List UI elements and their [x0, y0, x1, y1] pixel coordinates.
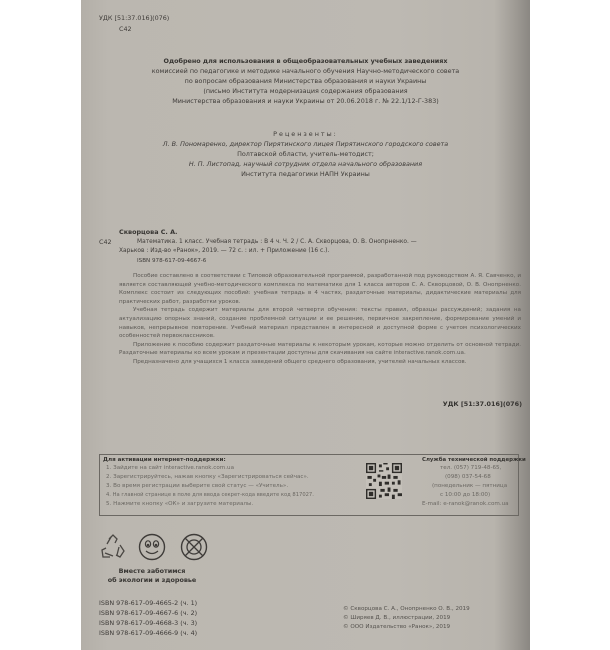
author-mark: С42 [119, 25, 132, 33]
isbn-item: ISBN 978-617-09-4665-2 (ч. 1) [99, 599, 197, 607]
bib-line: Математика. 1 класс. Учебная тетрадь : В… [137, 239, 417, 246]
internet-support-box: Для активации интернет-поддержки: 1. Зай… [99, 454, 519, 516]
udk-bottom: УДК [51:37.016](076) [443, 400, 522, 408]
bib-code: С42 [99, 238, 112, 246]
copyright-line: © ООО Издательство «Ранок», 2019 [343, 624, 450, 631]
reviewer-line: Полтавской области, учитель-методист; [81, 150, 530, 158]
service-email[interactable]: E-mail: e-ranok@ranok.com.ua [422, 501, 509, 508]
service-hours: с 10:00 до 18:00) [440, 492, 490, 499]
support-step: 2. Зарегистрируйтесь, нажав кнопку «Заре… [106, 474, 309, 481]
smiley-icon [138, 533, 166, 561]
service-phone: (098) 037-54-68 [445, 474, 491, 481]
bib-line: Харьков : Изд-во «Ранок», 2019. — 72 с. … [119, 248, 329, 255]
service-phone: тел. (057) 719-48-65, [440, 465, 501, 472]
support-step: 1. Зайдите на сайт interactive.ranok.com… [106, 465, 234, 472]
copyright-line: © Ширяев Д. В., иллюстрации, 2019 [343, 615, 450, 622]
crossed-circle-icon [180, 533, 208, 561]
book-page: УДК [51:37.016](076) С42 Одобрено для ис… [81, 0, 530, 650]
annotation-paragraph: Предназначено для учащихся 1 класса заве… [119, 358, 521, 367]
isbn-item: ISBN 978-617-09-4666-9 (ч. 4) [99, 629, 197, 637]
bib-isbn: ISBN 978-617-09-4667-6 [137, 258, 206, 265]
support-title: Для активации интернет-поддержки: [103, 457, 226, 464]
reviewer-line: Института педагогики НАПН Украины [81, 170, 530, 178]
annotation: Пособие составлено в соответствии с Типо… [119, 272, 521, 367]
approval-line: комиссией по педагогике и методике начал… [81, 67, 530, 75]
support-step: 5. Нажмите кнопку «ОК» и загрузите матер… [106, 501, 253, 508]
approval-title: Одобрено для использования в общеобразов… [81, 57, 530, 65]
isbn-item: ISBN 978-617-09-4668-3 (ч. 3) [99, 619, 197, 627]
reviewer-line: Н. П. Листопад, научный сотрудник отдела… [81, 160, 530, 168]
reviewer-line: Л. В. Пономаренко, директор Пирятинского… [81, 140, 530, 148]
annotation-paragraph: Учебная тетрадь содержит материалы для в… [119, 306, 521, 340]
support-step: 3. Во время регистрации выберите свой ст… [106, 483, 288, 490]
eco-slogan: Вместе заботимся [97, 567, 207, 575]
approval-line: Министерства образования и науки Украины… [81, 97, 530, 105]
approval-line: (письмо Института модернизация содержани… [81, 87, 530, 95]
qr-code-icon[interactable] [366, 463, 402, 499]
copyright-line: © Скворцова С. А., Онопрненко О. В., 201… [343, 606, 470, 613]
recycle-icon [99, 533, 127, 561]
bib-author: Скворцова С. А. [119, 228, 177, 236]
service-title: Служба технической поддержки [422, 457, 526, 464]
approval-line: по вопросам образования Министерства обр… [81, 77, 530, 85]
service-hours: (понедельник — пятница [432, 483, 507, 490]
support-step: 4. На главной странице в поле для ввода … [106, 492, 314, 499]
udk-code: УДК [51:37.016](076) [99, 14, 169, 22]
annotation-paragraph: Приложение к пособию содержит раздаточны… [119, 341, 521, 358]
annotation-paragraph: Пособие составлено в соответствии с Типо… [119, 272, 521, 306]
isbn-item: ISBN 978-617-09-4667-6 (ч. 2) [99, 609, 197, 617]
eco-slogan: об экологии и здоровье [97, 576, 207, 584]
reviewers-title: Рецензенты: [81, 130, 530, 138]
